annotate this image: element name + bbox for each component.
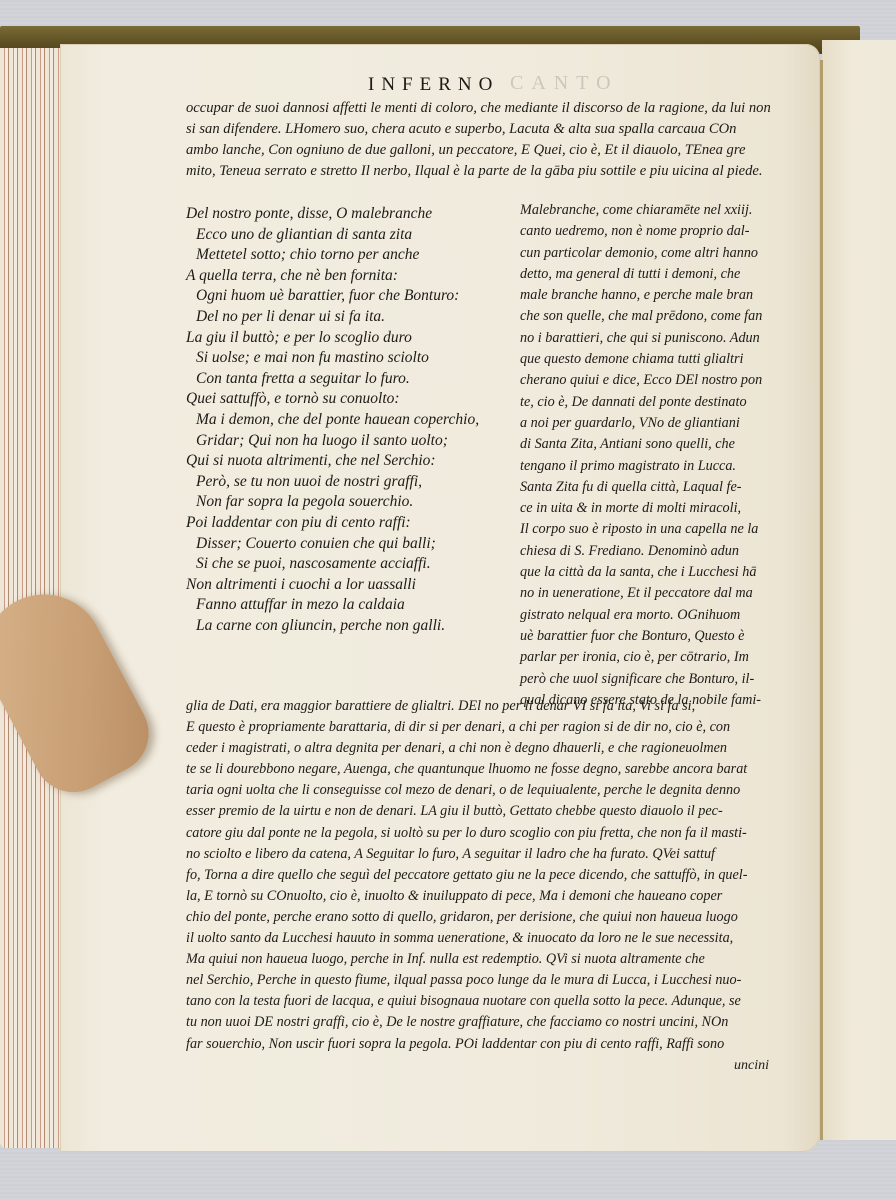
commentary-line: detto, ma general di tutti i demoni, che <box>520 264 762 285</box>
commentary-line: no in ueneratione, Et il peccatore dal m… <box>520 583 762 604</box>
gutter-fold <box>820 60 823 1140</box>
gloss-line: tu non uuoi DE nostri graffi, cio è, De … <box>186 1012 747 1033</box>
commentary-line: Il corpo suo è riposto in una capella ne… <box>520 519 762 540</box>
verse-line: Gridar; Qui non ha luogo il santo uolto; <box>186 431 479 452</box>
commentary-column: Malebranche, come chiaramēte nel xxiij. … <box>520 200 762 711</box>
verse-block: Del nostro ponte, disse, O malebranche E… <box>186 204 479 636</box>
verse-line: Non altrimenti i cuochi a lor uassalli <box>186 575 479 596</box>
verse-line: Ma i demon, che del ponte hauean coperch… <box>186 410 479 431</box>
verse-line: Si uolse; e mai non fu mastino sciolto <box>186 348 479 369</box>
verse-line: Del no per li denar ui si fa ita. <box>186 307 479 328</box>
commentary-line: chiesa di S. Frediano. Denominò adun <box>520 541 762 562</box>
gloss-line: mito, Teneua serrato e stretto Il nerbo,… <box>186 161 771 182</box>
verse-line: Fanno attuffar in mezo la caldaia <box>186 595 479 616</box>
gloss-top: occupar de suoi dannosi affetti le menti… <box>186 98 771 182</box>
commentary-line: Santa Zita fu di quella città, Laqual fe… <box>520 477 762 498</box>
verse-line: A quella terra, che nè ben fornita: <box>186 266 479 287</box>
commentary-line: uè barattier fuor che Bonturo, Questo è <box>520 626 762 647</box>
gloss-line: fo, Torna a dire quello che seguì del pe… <box>186 865 747 886</box>
commentary-line: que la città da la santa, che i Lucchesi… <box>520 562 762 583</box>
commentary-line: Malebranche, come chiaramēte nel xxiij. <box>520 200 762 221</box>
commentary-line: parlar per ironia, cio è, per cōtrario, … <box>520 647 762 668</box>
commentary-line: canto uedremo, non è nome proprio dal- <box>520 221 762 242</box>
gloss-line: la, E tornò su COnuolto, cio è, inuolto … <box>186 886 747 907</box>
gloss-line: ambo lanche, Con ogniuno de due galloni,… <box>186 140 771 161</box>
verse-line: La carne con gliuncin, perche non galli. <box>186 616 479 637</box>
gloss-line: E questo è propriamente barattaria, di d… <box>186 717 747 738</box>
commentary-line: che son quelle, che mal prēdono, come fa… <box>520 306 762 327</box>
gloss-line: esser premio de la uirtu e non de denari… <box>186 801 747 822</box>
verse-line: Però, se tu non uuoi de nostri graffi, <box>186 472 479 493</box>
commentary-line: te, cio è, De dannati del ponte destinat… <box>520 392 762 413</box>
verse-line: Mettetel sotto; chio torno per anche <box>186 245 479 266</box>
gloss-line: far souerchio, Non uscir fuori sopra la … <box>186 1034 747 1055</box>
verse-line: Non far sopra la pegola souerchio. <box>186 492 479 513</box>
gloss-line: taria ogni uolta che li conseguisse col … <box>186 780 747 801</box>
commentary-line: cun particolar demonio, come altri hanno <box>520 243 762 264</box>
commentary-line: però che uuol significare che Bonturo, i… <box>520 669 762 690</box>
verse-line: Poi laddentar con piu di cento raffi: <box>186 513 479 534</box>
commentary-line: male branche hanno, e perche male bran <box>520 285 762 306</box>
gloss-line: nel Serchio, Perche in questo fiume, ilq… <box>186 970 747 991</box>
commentary-line: ce in uita & in morte di molti miracoli, <box>520 498 762 519</box>
commentary-line: que questo demone chiama tutti glialtri <box>520 349 762 370</box>
gloss-line: il uolto santo da Lucchesi hauuto in som… <box>186 928 747 949</box>
gloss-line: no sciolto e libero da catena, A Seguita… <box>186 844 747 865</box>
gloss-line: occupar de suoi dannosi affetti le menti… <box>186 98 771 119</box>
gloss-line: tano con la testa fuori de lacqua, e qui… <box>186 991 747 1012</box>
verse-line: Ogni huom uè barattier, fuor che Bonturo… <box>186 286 479 307</box>
gloss-bottom: glia de Dati, era maggior barattiere de … <box>186 696 747 1055</box>
commentary-line: tengano il primo magistrato in Lucca. <box>520 456 762 477</box>
gloss-line: si san difendere. LHomero suo, chera acu… <box>186 119 771 140</box>
verse-line: Qui si nuota altrimenti, che nel Serchio… <box>186 451 479 472</box>
verse-line: Ecco uno de gliantian di santa zita <box>186 225 479 246</box>
commentary-line: cherano quiui e dice, Ecco DEl nostro po… <box>520 370 762 391</box>
gloss-line: chio del ponte, perche erano sotto di qu… <box>186 907 747 928</box>
gloss-line: catore giu dal ponte ne la pegola, si uo… <box>186 823 747 844</box>
commentary-line: a noi per guardarlo, VNo de gliantiani <box>520 413 762 434</box>
facing-page <box>822 40 896 1140</box>
show-through-text: CANTO <box>510 72 619 95</box>
gloss-line: ceder i magistrati, o altra degnita per … <box>186 738 747 759</box>
verse-line: Si che se puoi, nascosamente acciaffi. <box>186 554 479 575</box>
catchword: uncini <box>734 1058 769 1074</box>
gloss-line: Ma quiui non haueua luogo, perche in Inf… <box>186 949 747 970</box>
gloss-line: glia de Dati, era maggior barattiere de … <box>186 696 747 717</box>
commentary-line: gistrato nelqual era morto. OGnihuom <box>520 605 762 626</box>
running-head: INFERNO <box>368 74 499 96</box>
verse-line: Del nostro ponte, disse, O malebranche <box>186 204 479 225</box>
verse-line: La giu il buttò; e per lo scoglio duro <box>186 328 479 349</box>
gloss-line: te se li dourebbono negare, Auenga, che … <box>186 759 747 780</box>
commentary-line: no i barattieri, che qui si puniscono. A… <box>520 328 762 349</box>
verse-line: Con tanta fretta a seguitar lo furo. <box>186 369 479 390</box>
verse-line: Disser; Couerto conuien che qui balli; <box>186 534 479 555</box>
commentary-line: di Santa Zita, Antiani sono quelli, che <box>520 434 762 455</box>
verse-line: Quei sattuffò, e tornò su conuolto: <box>186 389 479 410</box>
